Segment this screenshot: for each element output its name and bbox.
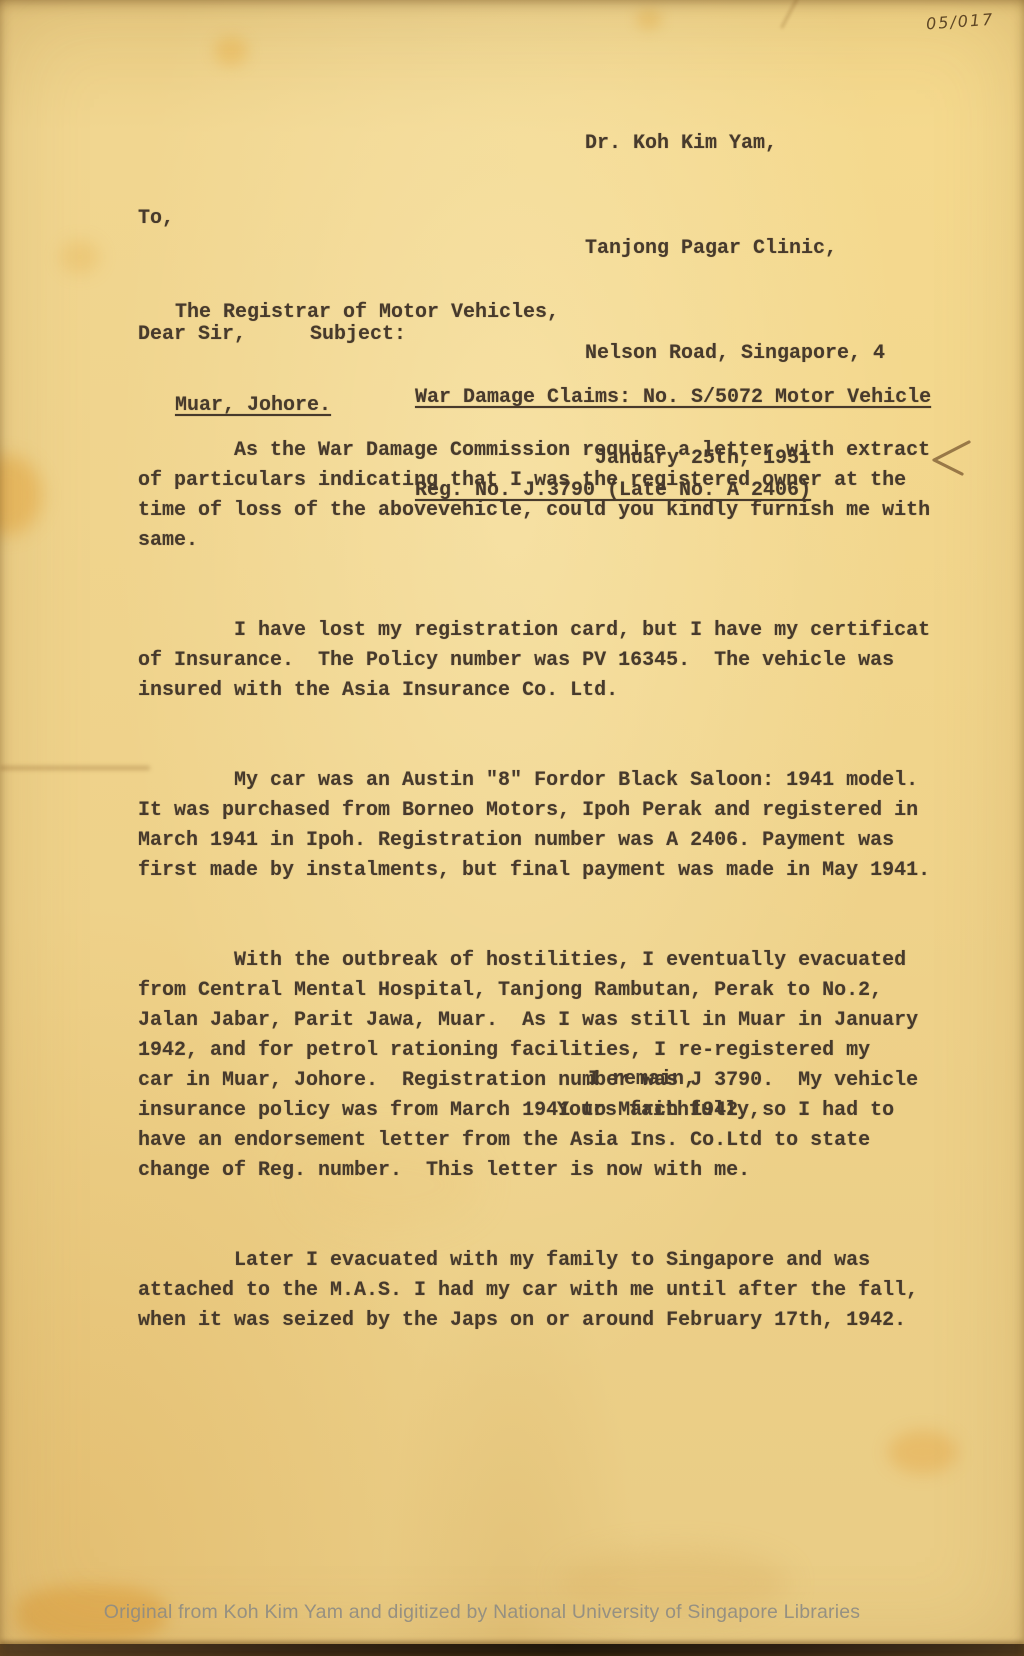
paragraph: As the War Damage Commission require a l… xyxy=(138,436,950,556)
paper-stain xyxy=(60,240,100,274)
salutation: Dear Sir, xyxy=(138,320,246,350)
fold-crease xyxy=(0,766,150,770)
paragraph: My car was an Austin "8" Fordor Black Sa… xyxy=(138,766,950,886)
digitization-watermark: Original from Koh Kim Yam and digitized … xyxy=(0,1601,1024,1624)
fold-crease xyxy=(780,0,799,29)
archive-number: 05/017 xyxy=(925,10,994,34)
sender-name: Dr. Koh Kim Yam, xyxy=(585,126,885,161)
paragraph: Later I evacuated with my family to Sing… xyxy=(138,1246,950,1336)
scan-edge xyxy=(0,1644,1024,1656)
paper-stain xyxy=(214,36,248,66)
paragraph: I have lost my registration card, but I … xyxy=(138,616,950,706)
paragraph: With the outbreak of hostilities, I even… xyxy=(138,946,950,1186)
sender-clinic: Tanjong Pagar Clinic, xyxy=(585,231,885,266)
closing-yours-faithfully: Yours faithfully, xyxy=(557,1096,761,1126)
scanned-letter-page: 05/017 Dr. Koh Kim Yam, Tanjong Pagar Cl… xyxy=(0,0,1024,1656)
to-label: To, xyxy=(138,204,174,234)
subject-label: Subject: xyxy=(310,320,406,350)
closing-i-remain: I remain, xyxy=(588,1065,696,1095)
paper-stain xyxy=(0,455,42,535)
letter-body: As the War Damage Commission require a l… xyxy=(138,376,950,1396)
paper-stain xyxy=(636,8,662,30)
paper-stain xyxy=(888,1430,958,1474)
pen-tick-mark xyxy=(928,438,972,484)
